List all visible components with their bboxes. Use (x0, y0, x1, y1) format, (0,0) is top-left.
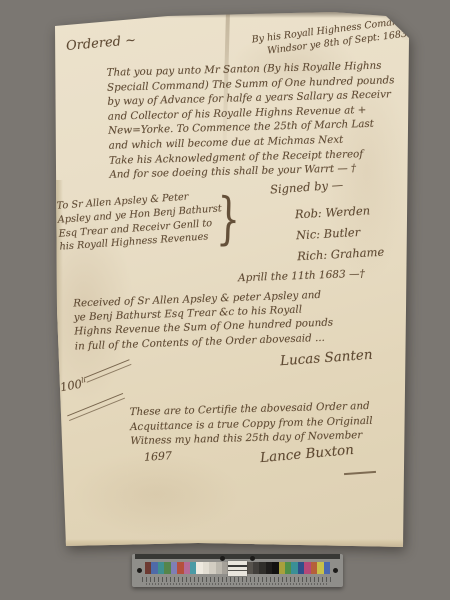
calibration-label (228, 561, 247, 576)
address-block: To Sr Allen Apsley & Peter Apsley and ye… (56, 188, 224, 255)
ordered-note: Ordered ~ (65, 33, 136, 54)
paper-sheet: Ordered ~ By his Royall Highness Comand … (48, 10, 410, 548)
signed-by-label: Signed by — (270, 177, 344, 196)
receipt-body: Received of Sr Allen Apsley & peter Apsl… (73, 287, 334, 353)
margin-amount: 100li (59, 376, 87, 394)
calibration-hole (137, 568, 142, 573)
receipt-signature: Lucas Santen (280, 347, 373, 369)
ruler-ticks (142, 577, 333, 582)
calibration-hole (220, 556, 225, 561)
paper-bottom-edge (58, 539, 406, 548)
certification-signature: Lance Buxton (259, 442, 354, 466)
address-brace: } (216, 186, 241, 253)
color-calibration-bar (132, 554, 343, 587)
heading-block: By his Royall Highness Comand Windsor ye… (251, 15, 408, 60)
manuscript-page: Ordered ~ By his Royall Highness Comand … (48, 10, 410, 548)
signature-flourish (344, 471, 376, 475)
signature-block: Rob: Werden Nic: Butler Rich: Grahame (294, 200, 384, 267)
paper-top-edge (52, 10, 410, 18)
signature: Rich: Grahame (297, 242, 385, 268)
certification-block: These are to Certifie the abovesaid Orde… (129, 399, 373, 449)
margin-stroke (67, 393, 125, 421)
ruler-ticks-fine (146, 583, 329, 585)
order-body: That you pay unto Mr Santon (By his Roya… (107, 58, 397, 182)
margin-stroke (85, 359, 132, 382)
calibration-hole (333, 568, 338, 573)
receipt-date: Aprill the 11th 1683 —† (238, 268, 365, 284)
photo-stage: Ordered ~ By his Royall Highness Comand … (0, 0, 450, 600)
color-patch (324, 562, 330, 574)
certification-year: 1697 (144, 449, 173, 463)
calibration-hole (250, 556, 255, 561)
calibration-bar-edge (135, 554, 340, 559)
